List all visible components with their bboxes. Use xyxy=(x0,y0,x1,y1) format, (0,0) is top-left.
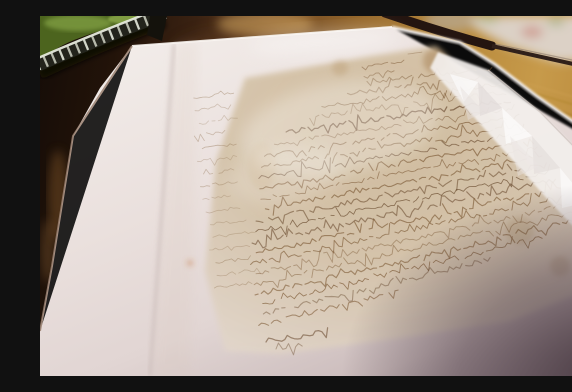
background-red-smudge xyxy=(521,26,543,38)
stain xyxy=(332,60,348,76)
corner-shadow xyxy=(290,146,572,376)
photo-of-manuscript: Close-up photograph, taken at an oblique… xyxy=(40,16,572,376)
photo-canvas xyxy=(40,16,572,376)
background-green-smudge xyxy=(547,18,565,26)
rust-spot xyxy=(188,261,193,266)
